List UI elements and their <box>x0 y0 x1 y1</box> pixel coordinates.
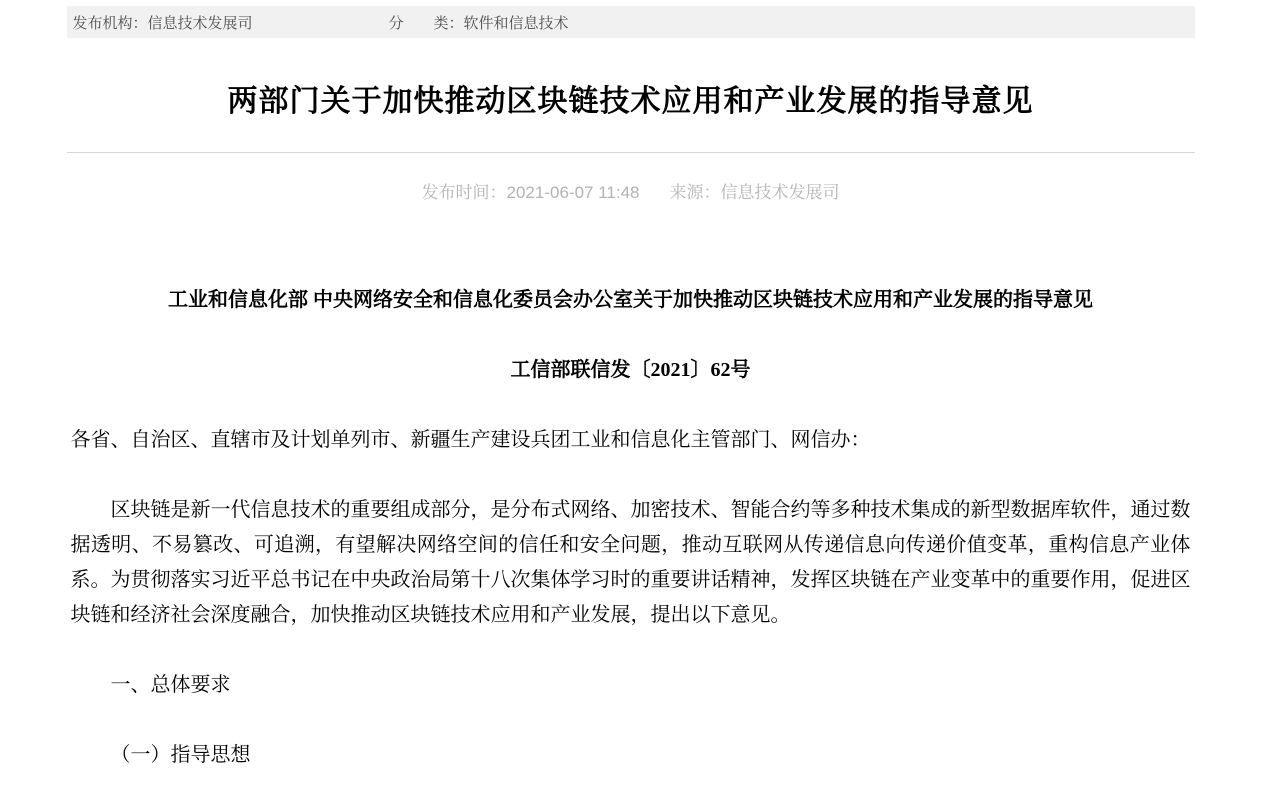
page-title: 两部门关于加快推动区块链技术应用和产业发展的指导意见 <box>67 84 1195 120</box>
publish-time-value: 2021-06-07 11:48 <box>507 183 640 202</box>
source-value: 信息技术发展司 <box>720 183 839 202</box>
article-meta-bar: 发布机构： 信息技术发展司 分 类： 软件和信息技术 <box>67 6 1195 38</box>
document-intro-paragraph: 区块链是新一代信息技术的重要组成部分，是分布式网络、加密技术、智能合约等多种技术… <box>71 493 1191 633</box>
publish-meta-line: 发布时间：2021-06-07 11:48来源：信息技术发展司 <box>67 178 1195 203</box>
document-body: 工业和信息化部 中央网络安全和信息化委员会办公室关于加快推动区块链技术应用和产业… <box>67 283 1195 773</box>
document-salutation: 各省、自治区、直辖市及计划单列市、新疆生产建设兵团工业和信息化主管部门、网信办： <box>71 423 1191 458</box>
section-1-title: 一、总体要求 <box>71 668 1191 703</box>
section-1-subsection-1-title: （一）指导思想 <box>71 738 1191 773</box>
category-label: 分 类： <box>389 12 464 33</box>
category-value: 软件和信息技术 <box>464 12 569 33</box>
article-page: 发布机构： 信息技术发展司 分 类： 软件和信息技术 两部门关于加快推动区块链技… <box>67 6 1195 773</box>
document-heading: 工业和信息化部 中央网络安全和信息化委员会办公室关于加快推动区块链技术应用和产业… <box>71 283 1191 318</box>
publish-time-label: 发布时间： <box>422 183 507 202</box>
publisher-value: 信息技术发展司 <box>148 12 253 33</box>
source-label: 来源： <box>669 183 720 202</box>
title-divider <box>67 152 1195 153</box>
document-number: 工信部联信发〔2021〕62号 <box>71 353 1191 388</box>
publisher-label: 发布机构： <box>73 12 148 33</box>
